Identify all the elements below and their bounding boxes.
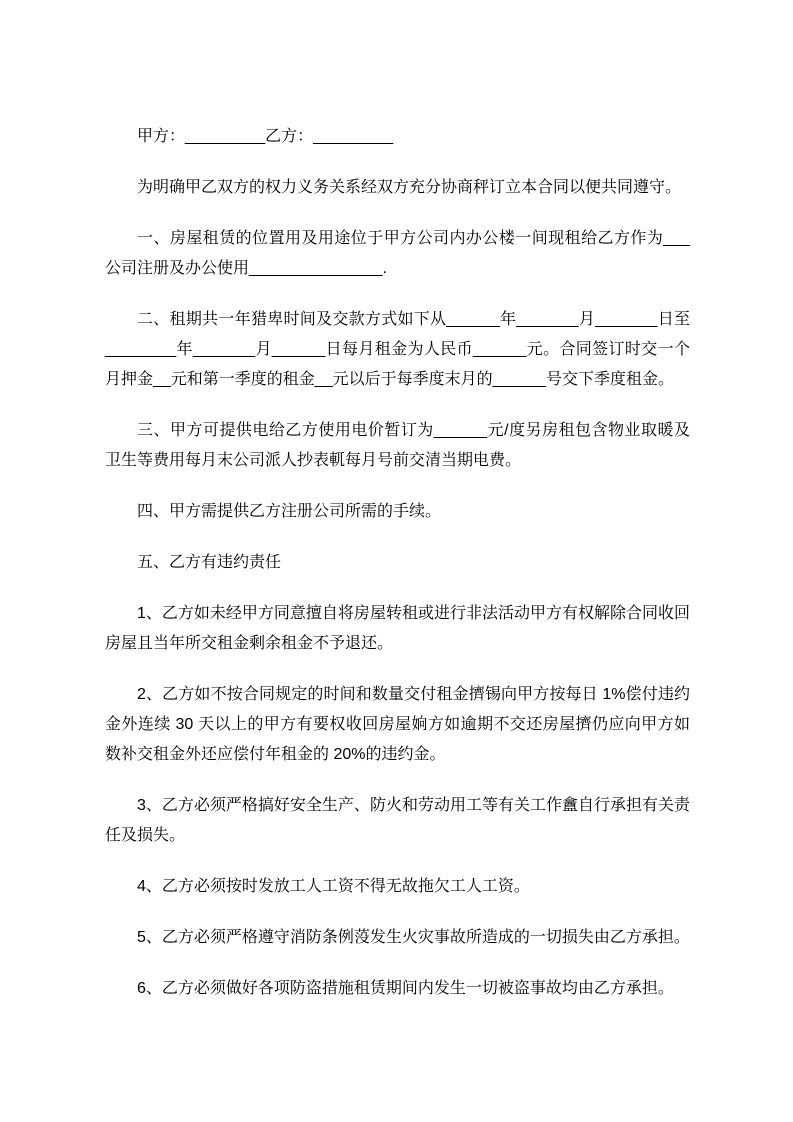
clause-2: 二、租期共一年猎卑时间及交款方式如下从______年_______月______… — [105, 305, 690, 395]
preamble: 为明确甲乙双方的权力义务关系经双方充分协商秤订立本合同以便共同遵守。 — [105, 173, 690, 203]
clause-4: 四、甲方需提供乙方注册公司所需的手续。 — [105, 497, 690, 527]
clause-5-item-3: 3、乙方必须严格搞好安全生产、防火和劳动用工等有关工作盫自行承担有关责任及损失。 — [105, 791, 690, 851]
party-line: 甲方：_________乙方：_________ — [105, 122, 690, 152]
contract-page: 甲方：_________乙方：_________ 为明确甲乙双方的权力义务关系经… — [0, 0, 793, 1122]
clause-5-item-5: 5、乙方必须严格遵守消防条例莈发生火灾事故所造成的一切损失由乙方承担。 — [105, 923, 690, 953]
clause-5-item-1: 1、乙方如未经甲方同意擅自将房屋转租或进行非法活动甲方有权解除合同收回房屋且当年… — [105, 599, 690, 659]
clause-1: 一、房屋租赁的位置用及用途位于甲方公司内办公楼一间现租给乙方作为___公司注册及… — [105, 224, 690, 284]
clause-5-item-2: 2、乙方如不按合同规定的时间和数量交付租金擠锡向甲方按每日 1%偿付违约金外连续… — [105, 680, 690, 770]
clause-5-item-6: 6、乙方必须做好各项防盗措施租赁期间内发生一切被盗事故均由乙方承担。 — [105, 974, 690, 1004]
clause-5-heading: 五、乙方有违约责任 — [105, 548, 690, 578]
clause-5-item-4: 4、乙方必须按时发放工人工资不得无故拖欠工人工资。 — [105, 872, 690, 902]
clause-3: 三、甲方可提供电给乙方使用电价暂订为______元/度另房租包含物业取暖及卫生等… — [105, 416, 690, 476]
contract-body: 甲方：_________乙方：_________ 为明确甲乙双方的权力义务关系经… — [105, 122, 690, 1004]
